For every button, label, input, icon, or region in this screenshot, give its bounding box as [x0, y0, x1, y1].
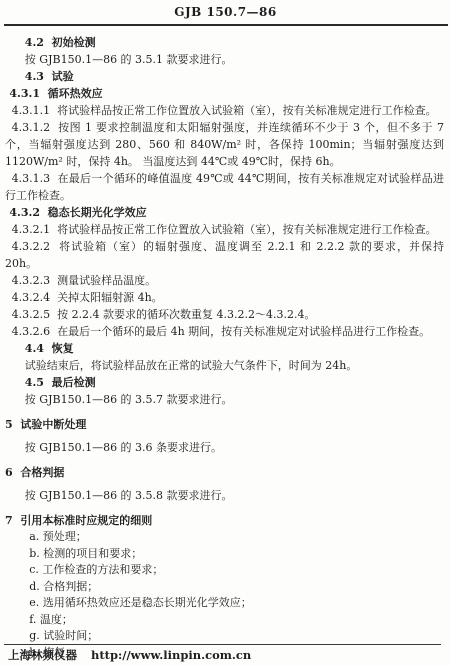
chapter-6-body: 按 GJB150.1—86 的 3.5.8 款要求进行。: [5, 487, 444, 504]
section-4-4-body: 试验结束后，将试验样品放在正常的试验大气条件下，时间为 24h。: [5, 357, 444, 374]
page-header: GJB 150.7—86: [0, 0, 451, 20]
list-item-c: c. 工作检查的方法和要求；: [5, 562, 444, 579]
chapter-5-body: 按 GJB150.1—86 的 3.6 条要求进行。: [5, 439, 444, 456]
chapter-5-heading: 5 试验中断处理: [5, 416, 444, 433]
footer-url: http://www.linpin.com.cn: [91, 648, 251, 662]
clause-4-3-1-3: 4.3.1.3 在最后一个循环的峰值温度 49℃或 44℃期间，按有关标准规定对…: [5, 170, 444, 204]
section-4-2-heading: 4.2 初始检测: [5, 34, 444, 51]
section-4-4-heading: 4.4 恢复: [5, 340, 444, 357]
list-item-e: e. 选用循环热效应还是稳态长期光化学效应；: [5, 595, 444, 612]
section-4-3-2-heading: 4.3.2 稳态长期光化学效应: [5, 204, 444, 221]
list-item-f: f. 温度；: [5, 612, 444, 629]
standard-number: GJB 150.7—86: [174, 5, 277, 19]
list-item-b: b. 检测的项目和要求；: [5, 546, 444, 563]
clause-4-3-2-2: 4.3.2.2 将试验箱（室）的辐射强度、温度调至 2.2.1 和 2.2.2 …: [5, 238, 444, 272]
clause-4-3-1-2: 4.3.1.2 按图 1 要求控制温度和太阳辐射强度，并连续循环不少于 3 个，…: [5, 119, 444, 170]
document-page: GJB 150.7—86 4.2 初始检测按 GJB150.1—86 的 3.5…: [0, 0, 451, 666]
clause-4-3-2-6: 4.3.2.6 在最后一个循环的最后 4h 期间，按有关标准规定对试验样品进行工…: [5, 323, 444, 340]
list-item-d: d. 合格判据；: [5, 579, 444, 596]
footer-company: 上海林频仪器: [8, 648, 77, 662]
chapter-6-heading: 6 合格判据: [5, 464, 444, 481]
section-4-5-body: 按 GJB150.1—86 的 3.5.7 款要求进行。: [5, 391, 444, 408]
clause-4-3-2-5: 4.3.2.5 按 2.2.4 款要求的循环次数重复 4.3.2.2～4.3.2…: [5, 306, 444, 323]
clause-4-3-1-1: 4.3.1.1 将试验样品按正常工作位置放入试验箱（室），按有关标准规定进行工作…: [5, 102, 444, 119]
clause-4-3-2-3: 4.3.2.3 测量试验样品温度。: [5, 272, 444, 289]
section-4-3-heading: 4.3 试验: [5, 68, 444, 85]
list-item-g: g. 试验时间；: [5, 628, 444, 645]
document-body: 4.2 初始检测按 GJB150.1—86 的 3.5.1 款要求进行。4.3 …: [0, 26, 451, 661]
clause-4-3-2-1: 4.3.2.1 将试验样品按正常工作位置放入试验箱（室），按有关标准规定进行工作…: [5, 221, 444, 238]
section-4-3-1-heading: 4.3.1 循环热效应: [5, 85, 444, 102]
page-footer: 上海林频仪器http://www.linpin.com.cn: [4, 644, 441, 666]
list-item-a: a. 预处理；: [5, 529, 444, 546]
section-4-2-body: 按 GJB150.1—86 的 3.5.1 款要求进行。: [5, 51, 444, 68]
chapter-7-heading: 7 引用本标准时应规定的细则: [5, 512, 444, 529]
clause-4-3-2-4: 4.3.2.4 关掉太阳辐射源 4h。: [5, 289, 444, 306]
section-4-5-heading: 4.5 最后检测: [5, 374, 444, 391]
